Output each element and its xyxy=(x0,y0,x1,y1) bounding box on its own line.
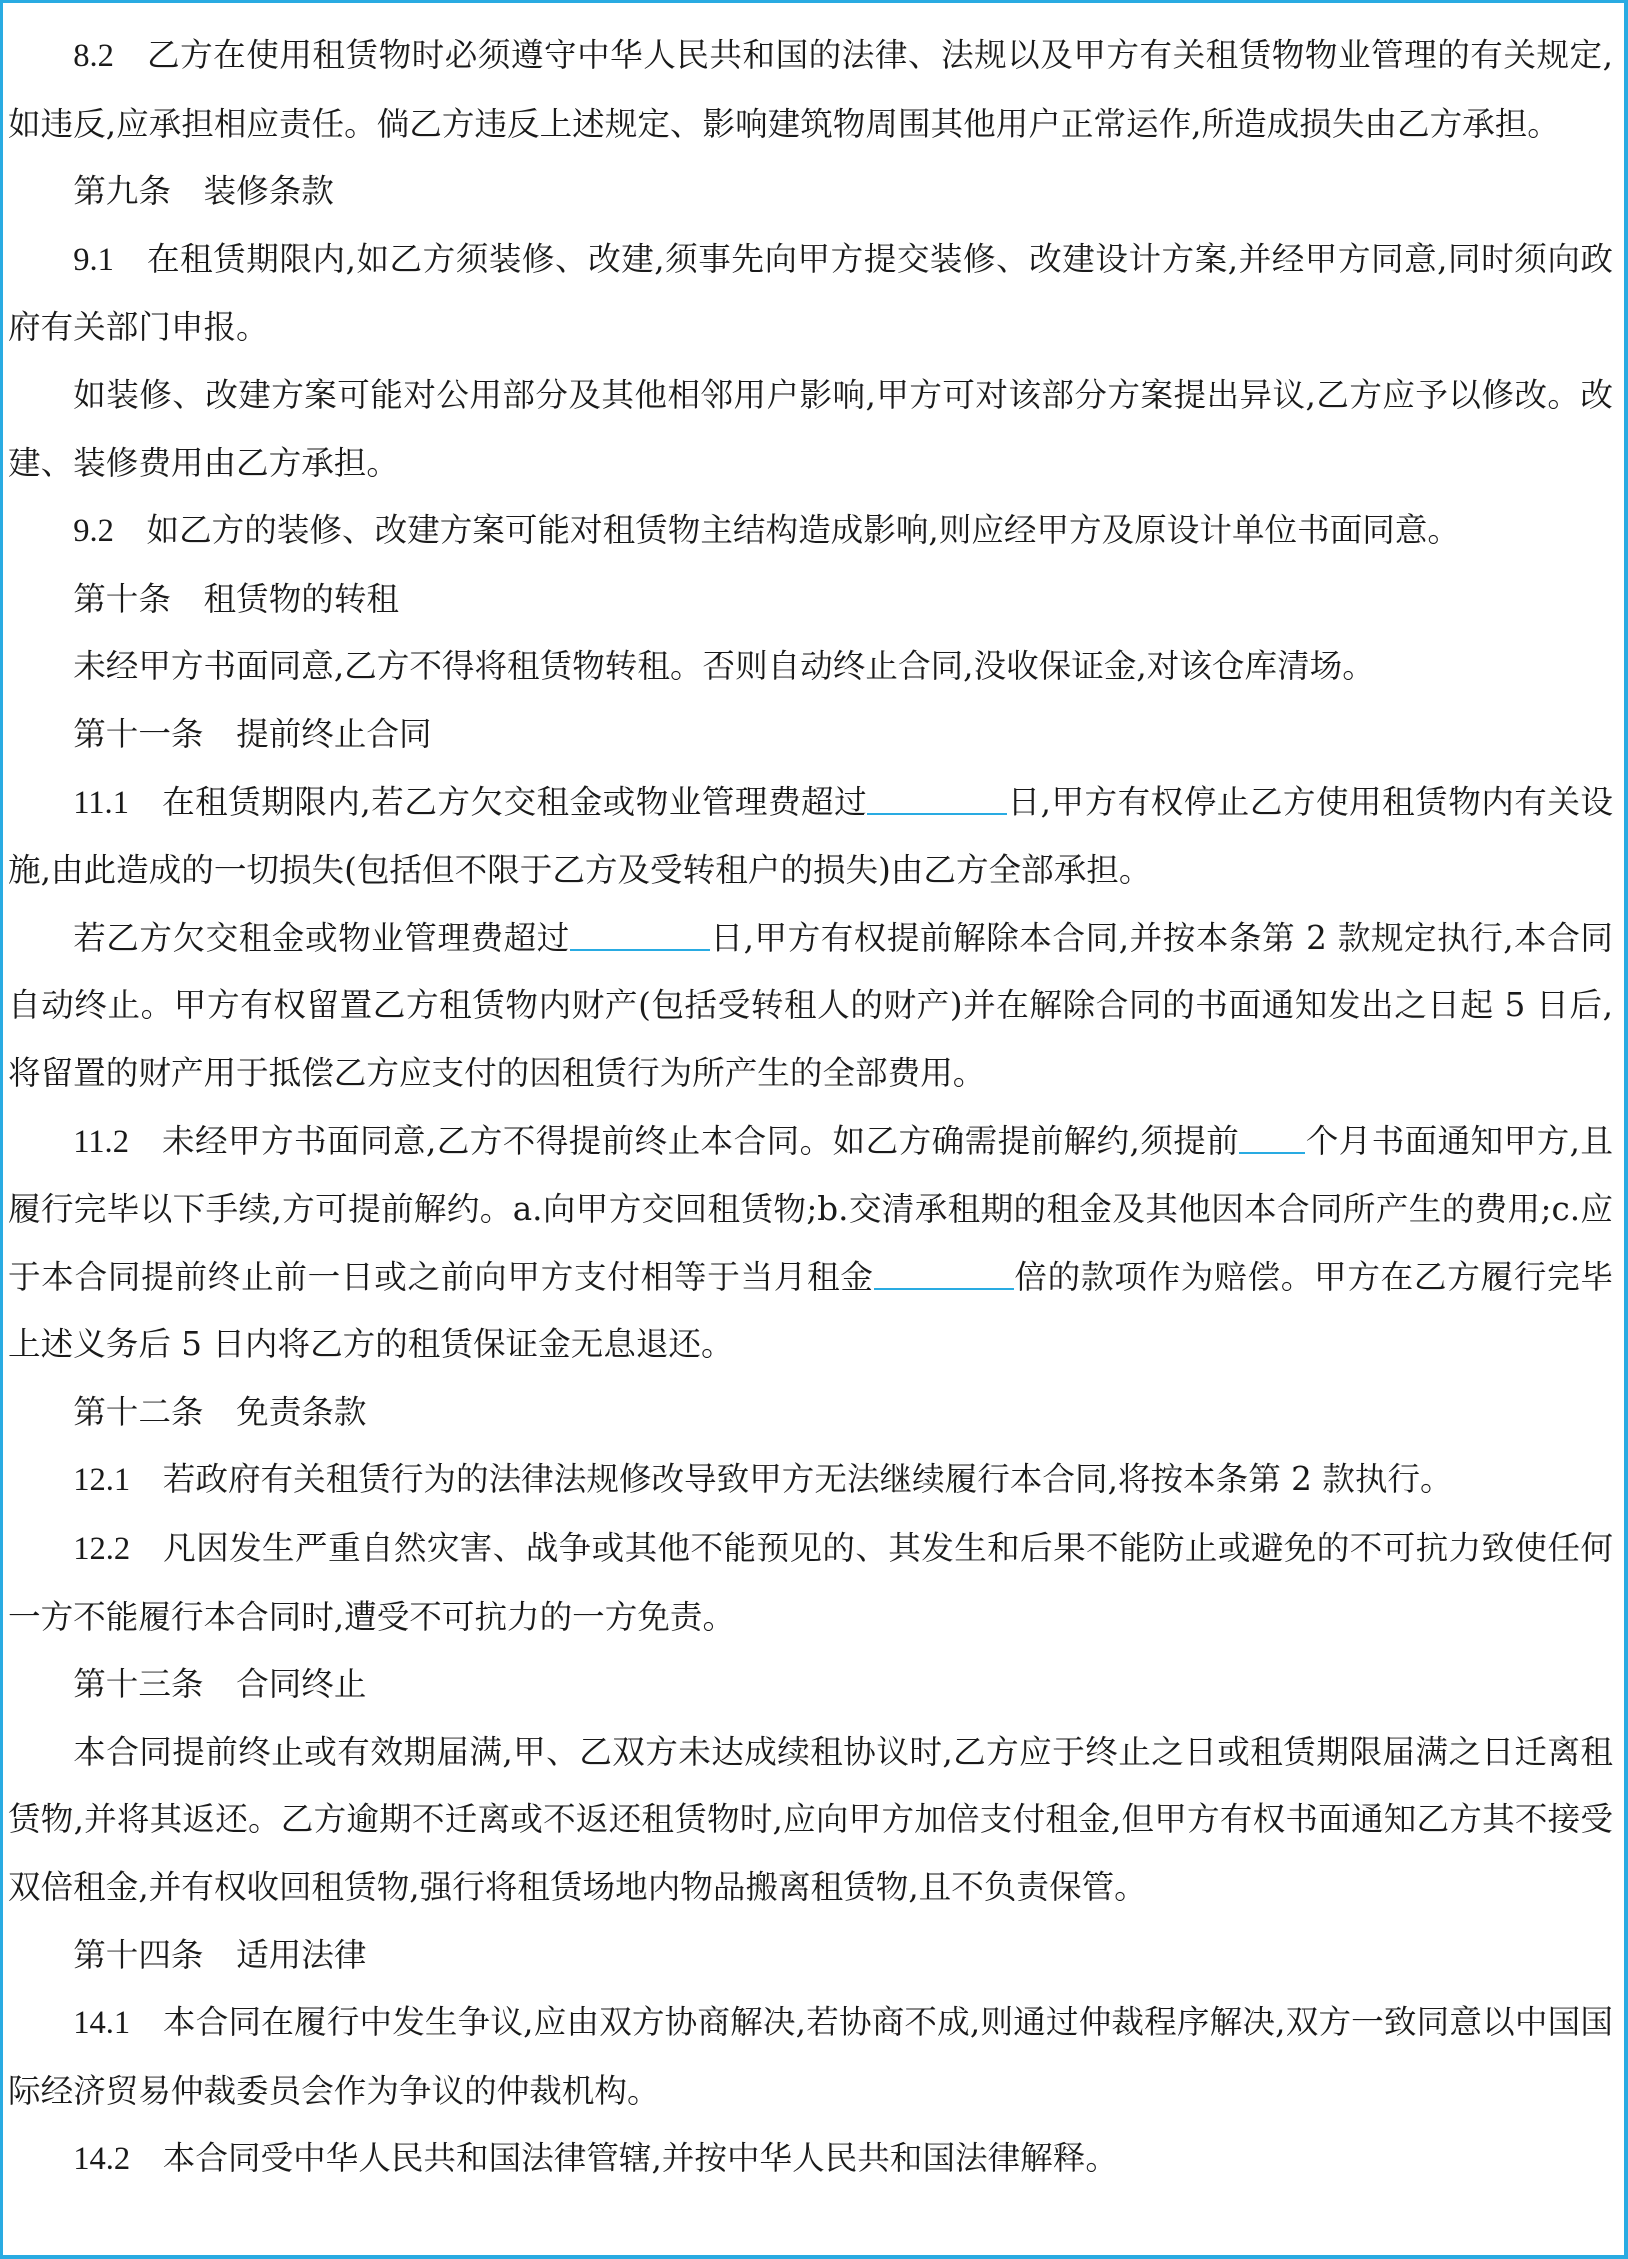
contract-page: 8.2乙方在使用租赁物时必须遵守中华人民共和国的法律、法规以及甲方有关租赁物物业… xyxy=(8,22,1613,2194)
clause-14-1: 14.1本合同在履行中发生争议,应由双方协商解决,若协商不成,则通过仲裁程序解决… xyxy=(8,1989,1613,2125)
article-title: 适用法律 xyxy=(236,1936,366,1974)
article-11-heading: 第十一条提前终止合同 xyxy=(8,701,1613,769)
paragraph-9-1-cont: 如装修、改建方案可能对公用部分及其他相邻用户影响,甲方可对该部分方案提出异议,乙… xyxy=(8,362,1613,497)
clause-number: 11.2 xyxy=(73,1124,129,1160)
article-13-heading: 第十三条合同终止 xyxy=(8,1651,1613,1719)
clause-text: 凡因发生严重自然灾害、战争或其他不能预见的、其发生和后果不能防止或避免的不可抗力… xyxy=(8,1529,1613,1636)
clause-text-before: 未经甲方书面同意,乙方不得提前终止本合同。如乙方确需提前解约,须提前 xyxy=(162,1122,1240,1160)
clause-8-2: 8.2乙方在使用租赁物时必须遵守中华人民共和国的法律、法规以及甲方有关租赁物物业… xyxy=(8,22,1613,158)
article-title: 租赁物的转租 xyxy=(204,580,399,618)
article-number: 第十四条 xyxy=(73,1936,203,1974)
article-14-heading: 第十四条适用法律 xyxy=(8,1922,1613,1990)
clause-number: 12.1 xyxy=(73,1462,130,1498)
paragraph-text: 本合同提前终止或有效期届满,甲、乙双方未达成续租协议时,乙方应于终止之日或租赁期… xyxy=(8,1733,1613,1906)
clause-number: 9.2 xyxy=(73,513,114,549)
fill-blank-days[interactable] xyxy=(570,917,710,952)
clause-number: 11.1 xyxy=(73,785,129,821)
fill-blank-multiple[interactable] xyxy=(874,1256,1014,1291)
clause-9-1: 9.1在租赁期限内,如乙方须装修、改建,须事先向甲方提交装修、改建设计方案,并经… xyxy=(8,226,1613,362)
clause-number: 12.2 xyxy=(73,1531,130,1567)
paragraph-text: 未经甲方书面同意,乙方不得将租赁物转租。否则自动终止合同,没收保证金,对该仓库清… xyxy=(73,647,1375,685)
clause-text: 若政府有关租赁行为的法律法规修改导致甲方无法继续履行本合同,将按本条第 2 款执… xyxy=(163,1460,1453,1498)
clause-number: 8.2 xyxy=(73,38,114,74)
clause-11-1: 11.1在租赁期限内,若乙方欠交租金或物业管理费超过日,甲方有权停止乙方使用租赁… xyxy=(8,769,1613,905)
clause-12-2: 12.2凡因发生严重自然灾害、战争或其他不能预见的、其发生和后果不能防止或避免的… xyxy=(8,1515,1613,1651)
article-number: 第十条 xyxy=(73,580,171,618)
article-title: 合同终止 xyxy=(236,1665,366,1703)
paragraph-text: 如装修、改建方案可能对公用部分及其他相邻用户影响,甲方可对该部分方案提出异议,乙… xyxy=(8,376,1613,482)
paragraph-text-before: 若乙方欠交租金或物业管理费超过 xyxy=(73,919,570,957)
article-9-heading: 第九条装修条款 xyxy=(8,158,1613,226)
clause-text: 本合同在履行中发生争议,应由双方协商解决,若协商不成,则通过仲裁程序解决,双方一… xyxy=(8,2003,1613,2110)
article-title: 提前终止合同 xyxy=(236,715,431,753)
clause-text: 如乙方的装修、改建方案可能对租赁物主结构造成影响,则应经甲方及原设计单位书面同意… xyxy=(147,511,1461,549)
fill-blank-months[interactable] xyxy=(1239,1120,1305,1155)
clause-text: 乙方在使用租赁物时必须遵守中华人民共和国的法律、法规以及甲方有关租赁物物业管理的… xyxy=(8,36,1613,143)
clause-text: 本合同受中华人民共和国法律管辖,并按中华人民共和国法律解释。 xyxy=(163,2139,1118,2177)
clause-9-2: 9.2如乙方的装修、改建方案可能对租赁物主结构造成影响,则应经甲方及原设计单位书… xyxy=(8,497,1613,566)
clause-12-1: 12.1若政府有关租赁行为的法律法规修改导致甲方无法继续履行本合同,将按本条第 … xyxy=(8,1446,1613,1515)
article-number: 第九条 xyxy=(73,172,171,210)
clause-number: 14.1 xyxy=(73,2005,130,2041)
clause-text: 在租赁期限内,如乙方须装修、改建,须事先向甲方提交装修、改建设计方案,并经甲方同… xyxy=(8,240,1613,347)
clause-number: 14.2 xyxy=(73,2141,130,2177)
clause-14-2: 14.2本合同受中华人民共和国法律管辖,并按中华人民共和国法律解释。 xyxy=(8,2125,1613,2194)
paragraph-10: 未经甲方书面同意,乙方不得将租赁物转租。否则自动终止合同,没收保证金,对该仓库清… xyxy=(8,633,1613,701)
clause-number: 9.1 xyxy=(73,242,114,278)
paragraph-11-1-cont: 若乙方欠交租金或物业管理费超过日,甲方有权提前解除本合同,并按本条第 2 款规定… xyxy=(8,905,1613,1108)
paragraph-13: 本合同提前终止或有效期届满,甲、乙双方未达成续租协议时,乙方应于终止之日或租赁期… xyxy=(8,1719,1613,1922)
fill-blank-days[interactable] xyxy=(867,781,1007,816)
article-12-heading: 第十二条免责条款 xyxy=(8,1379,1613,1447)
clause-text-before: 在租赁期限内,若乙方欠交租金或物业管理费超过 xyxy=(162,783,868,821)
article-number: 第十二条 xyxy=(73,1393,203,1431)
article-number: 第十三条 xyxy=(73,1665,203,1703)
clause-11-2: 11.2未经甲方书面同意,乙方不得提前终止本合同。如乙方确需提前解约,须提前个月… xyxy=(8,1108,1613,1379)
article-title: 免责条款 xyxy=(236,1393,366,1431)
article-title: 装修条款 xyxy=(204,172,334,210)
article-number: 第十一条 xyxy=(73,715,203,753)
article-10-heading: 第十条租赁物的转租 xyxy=(8,566,1613,634)
